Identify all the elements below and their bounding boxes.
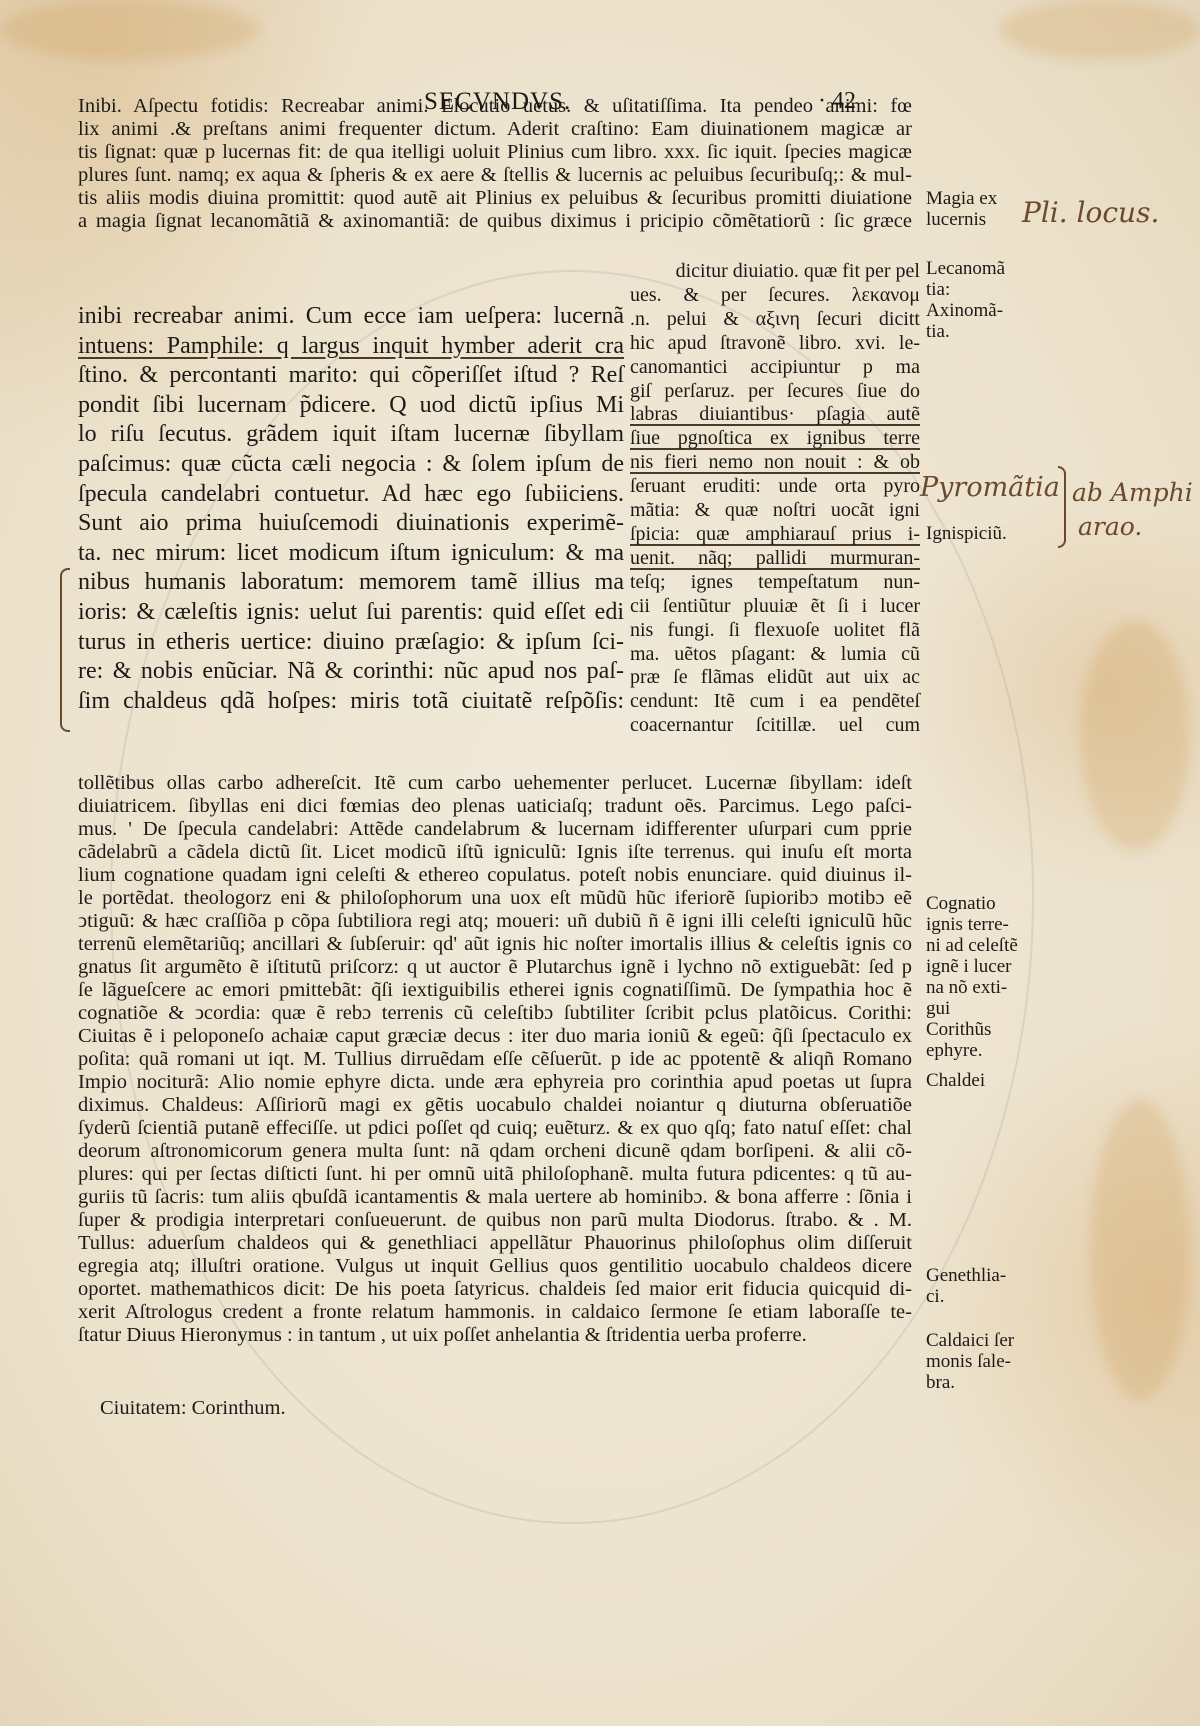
commentary-bottom-block: tollẽtibus ollas carbo adhereſcit. Itẽ c… (78, 772, 912, 1347)
text-line: lix animi .& preſtans animi frequenter d… (78, 118, 912, 141)
text-line: ſpecula candelabri contuetur. Ad hæc ego… (78, 480, 624, 510)
closing-line: Ciuitatem: Corinthum. (100, 1397, 286, 1420)
text-line: cendunt: Itẽ cum i ea pendẽteſ (630, 690, 920, 714)
text-line: Ciuitas ẽ i peloponeſo achaiæ caput græc… (78, 1025, 912, 1048)
text-line: tis aliis modis diuina promittit: quod a… (78, 187, 912, 210)
text-line: hic apud ſtravonẽ libro. xvi. le- (630, 332, 920, 356)
text-line: terrenũ elemẽtariũq; ancillari & ſubſeru… (78, 933, 912, 956)
text-line: ſpicia: quæ amphiarauſ prius i- (630, 523, 920, 547)
text-line: intuens: Pamphile: q largus inquit hymbe… (78, 332, 624, 362)
book-page: SECVNDVS. · 42 Inibi. Aſpectu fotidis: R… (0, 0, 1200, 1726)
text-line: Inibi. Aſpectu fotidis: Recreabar animi.… (78, 95, 912, 118)
text-line: lium cognatione quadam igni celeſti & et… (78, 864, 912, 887)
text-line: deorum aſtronomicorum genera multa ſunt:… (78, 1140, 912, 1163)
text-line: ſtatur Diuus Hieronymus : in tantum , ut… (78, 1324, 912, 1347)
text-line: le portẽdat. theologorz eni & philoſopho… (78, 887, 912, 910)
text-line: ſyderũ ſcientiã putanẽ effeciſſe. ut pdi… (78, 1117, 912, 1140)
handwritten-note-pyromantia: Pyromãtia (920, 472, 1060, 503)
text-line: ſtino. & percontanti marito: qui cõperiſ… (78, 361, 624, 391)
text-line: ↄtiguũ: & hæc craſſiõa p cõpa ſubtiliora… (78, 910, 912, 933)
text-line: tollẽtibus ollas carbo adhereſcit. Itẽ c… (78, 772, 912, 795)
text-line: ues. & per ſecures. λεκανομ (630, 284, 920, 308)
manuscript-bracket (60, 568, 70, 732)
text-line: re: & nobis enũciar. Nã & corinthi: nũc … (78, 657, 624, 687)
text-line: plures ſunt. namq; ex aqua & ſpheris & e… (78, 164, 912, 187)
text-line: præ ſe flãmas elidũt aut uix ac (630, 666, 920, 690)
text-line: canomantici accipiuntur p ma (630, 356, 920, 380)
handwritten-note-ab-amphiarao-cont: arao. (1078, 512, 1142, 541)
marginal-note-cognatio: Cognatio ignis terre- ni ad celeſtẽ ignẽ… (926, 893, 1018, 1061)
commentary-column: dicitur diuiatio. quæ fit per pel ues. &… (630, 260, 920, 738)
marginal-note-magia: Magia ex lucernis (926, 188, 997, 230)
text-line: oportet. mathemathicos dicit: De his poe… (78, 1278, 912, 1301)
text-line: plures: qui per ſectas diſticti ſunt. hi… (78, 1163, 912, 1186)
manuscript-bracket (1058, 466, 1066, 548)
text-line: nis fieri nemo non nouit : & ob (630, 451, 920, 475)
text-line: pondit ſibi lucernam p̃dicere. Q uod dic… (78, 391, 624, 421)
text-line: turus in etheris uertice: diuino præſagi… (78, 628, 624, 658)
text-line: mus. ' De ſpecula candelabri: Attẽde can… (78, 818, 912, 841)
text-line: mãtia: & quæ noſtri uocãt igni (630, 499, 920, 523)
text-line: a magia ſignat lecanomãtiã & axinomantiã… (78, 210, 912, 233)
foxing-stain (1090, 1100, 1190, 1400)
marginal-note-caldaici: Caldaici ſer monis ſale- bra. (926, 1330, 1014, 1393)
handwritten-note-ab-amphiarao: ab Amphi (1072, 478, 1193, 507)
text-line: diximus. Chaldeus: Aſſiriorũ magi ex gẽt… (78, 1094, 912, 1117)
text-line: nis fungi. ſi flexuoſe uolitet flã (630, 619, 920, 643)
text-line: ſuper & prodigia interpretari conſueueru… (78, 1209, 912, 1232)
main-text-column: inibi recreabar animi. Cum ecce iam ueſp… (78, 302, 624, 716)
text-line: ta. nec mirum: licet modicum iſtum ignic… (78, 539, 624, 569)
foxing-stain (1080, 620, 1190, 850)
text-line: cognatiõe & ↄcordia: quæ ẽ rebɔ terrenis… (78, 1002, 912, 1025)
text-line: giſ perſaruz. per ſecures ſiue do (630, 380, 920, 404)
handwritten-note-pli-locus: Pli. locus. (1022, 196, 1159, 229)
foxing-stain (1000, 0, 1200, 60)
text-line: egregia atq; illuſtri oratione. Vulgus u… (78, 1255, 912, 1278)
text-line: Tullus: aduerſum chaldeos qui & genethli… (78, 1232, 912, 1255)
marginal-note-genethliaci: Genethlia- ci. (926, 1265, 1006, 1307)
text-line: cãdelabrũ a cãdela dictũ ſit. Licet modi… (78, 841, 912, 864)
text-line: coacernantur ſcitillæ. uel cum (630, 714, 920, 738)
text-line: lo riſu ſecutus. grãdem iquit iſtam luce… (78, 420, 624, 450)
commentary-top-block: Inibi. Aſpectu fotidis: Recreabar animi.… (78, 95, 912, 233)
text-line: xerit Aſtrologus credent a fronte relatu… (78, 1301, 912, 1324)
text-line: ſim chaldeus qdã hoſpes: miris totã ciui… (78, 687, 624, 717)
text-line: diuiatricem. ſibyllas eni dici fœmias de… (78, 795, 912, 818)
text-line: teſq; ignes tempeſtatum nun- (630, 571, 920, 595)
text-line: ioris: & cæleſtis ignis: uelut ſui paren… (78, 598, 624, 628)
text-line: Sunt aio prima huiuſcemodi diuinationis … (78, 509, 624, 539)
foxing-stain (0, 0, 260, 60)
marginal-note-ignispicium: Ignispiciũ. (926, 523, 1007, 544)
text-line: ſeruant eruditi: unde orta pyro (630, 475, 920, 499)
marginal-note-chaldei: Chaldei (926, 1070, 985, 1091)
text-line: paſcimus: quæ cũcta cæli negocia : & ſol… (78, 450, 624, 480)
text-line: guriis tũ ſacris: tum aliis qbuſdã icant… (78, 1186, 912, 1209)
text-line: ma. uẽtos pſagant: & lumia cũ (630, 643, 920, 667)
text-line: .n. pelui & αξινη ſecuri dicitt (630, 308, 920, 332)
text-line: tis ſignat: quæ p lucernas fit: de qua i… (78, 141, 912, 164)
text-line: labras diuiantibus· pſagia autẽ (630, 403, 920, 427)
text-line: gnatus ſit argumẽto ẽ iſtitutũ priſcorz:… (78, 956, 912, 979)
text-line: cii ſentiũtur pluuiæ ẽt ſi i lucer (630, 595, 920, 619)
text-line: ſe lãgueſcere ac emori pmittebãt: q̃ſi i… (78, 979, 912, 1002)
text-line: nibus humanis laboratum: memorem tamẽ il… (78, 568, 624, 598)
marginal-note-lecanomantia: Lecanomã tia: Axinomã- tia. (926, 258, 1005, 342)
text-line: inibi recreabar animi. Cum ecce iam ueſp… (78, 302, 624, 332)
text-line: dicitur diuiatio. quæ fit per pel (630, 260, 920, 284)
text-line: poſita: quã romani ut iqt. M. Tullius di… (78, 1048, 912, 1071)
text-line: Impio nociturã: Alio nomie ephyre dicta.… (78, 1071, 912, 1094)
text-line: ſiue pgnoſtica ex ignibus terre (630, 427, 920, 451)
text-line: uenit. nãq; pallidi murmuran- (630, 547, 920, 571)
